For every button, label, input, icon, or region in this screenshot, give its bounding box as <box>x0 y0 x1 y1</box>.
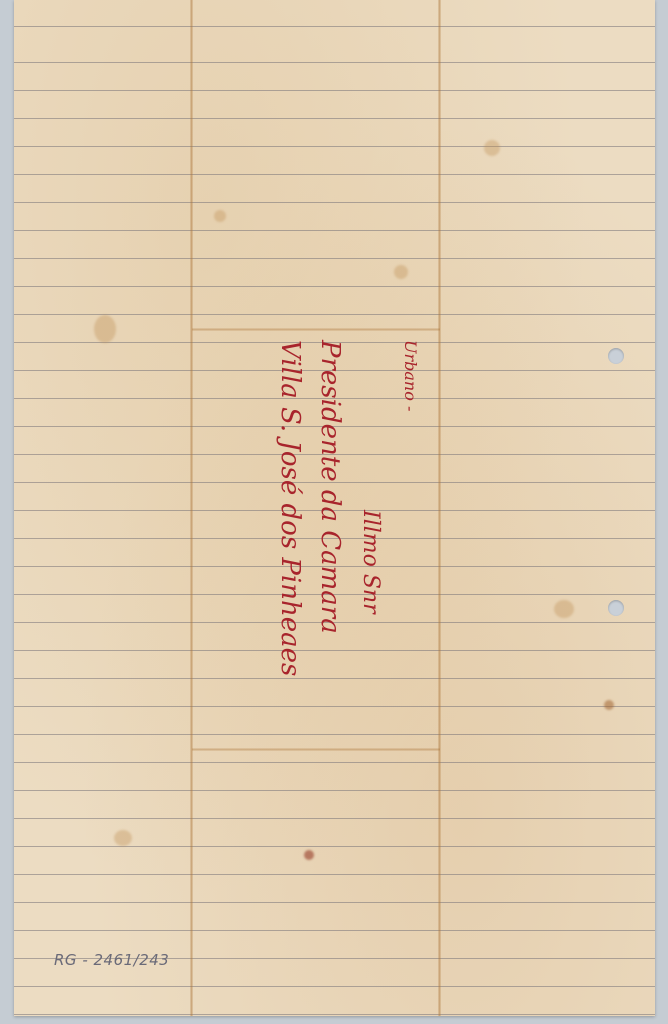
address-line-2: Illmo Snr <box>350 340 390 750</box>
address-line-4: Villa S. José dos Pinheaes <box>270 340 310 750</box>
vertical-fold-left <box>190 0 193 1016</box>
horizontal-fold-top <box>192 328 440 331</box>
stain <box>484 140 500 156</box>
catalog-number: RG - 2461/243 <box>54 951 169 969</box>
address-line-1: Urbano - <box>390 340 430 750</box>
stain <box>94 315 116 343</box>
stain <box>114 830 132 846</box>
address-line-3: Presidente da Camara <box>310 340 350 750</box>
stain <box>554 600 574 618</box>
handwritten-address: Urbano - Illmo Snr Presidente da Camara … <box>250 340 450 750</box>
stain <box>214 210 226 222</box>
stain <box>604 700 614 710</box>
stain <box>304 850 314 860</box>
punch-hole <box>608 348 624 364</box>
stain <box>394 265 408 279</box>
punch-hole <box>608 600 624 616</box>
